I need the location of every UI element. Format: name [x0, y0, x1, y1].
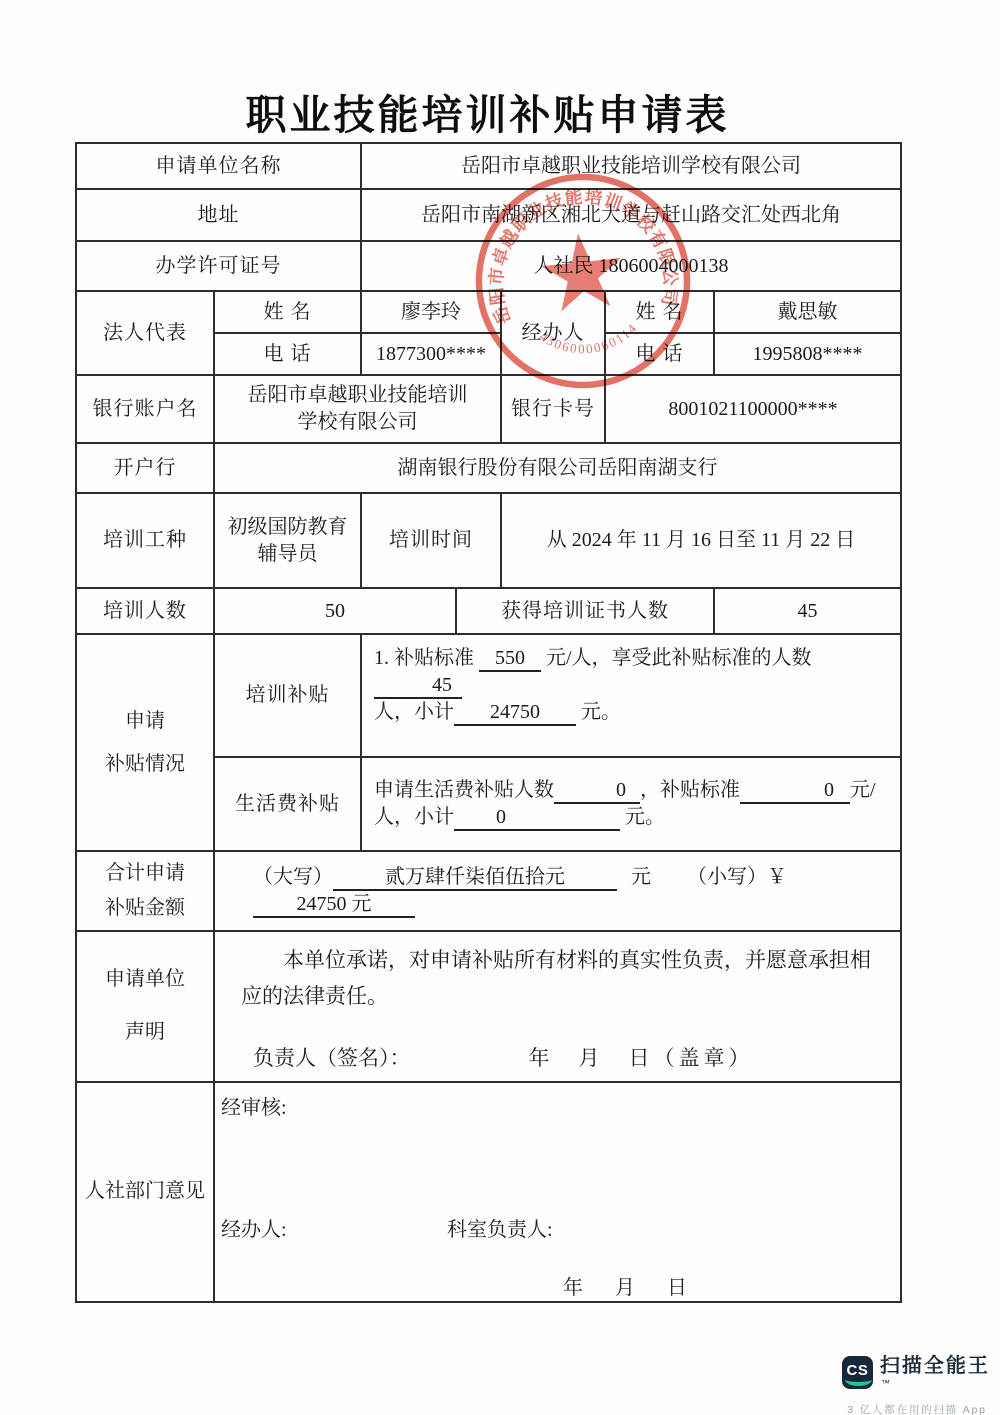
page-title: 职业技能培训补贴申请表: [75, 82, 900, 141]
row-unit-name: 申请单位名称 岳阳市卓越职业技能培训学校有限公司: [76, 143, 901, 189]
subsidy-label-line1: 申请: [125, 708, 165, 735]
total-daxie-label: （大写）: [253, 866, 333, 888]
declaration-text: 本单位承诺，对申请补贴所有材料的真实性负责，并愿意承担相应的法律责任。: [241, 942, 878, 1014]
declaration-sign-row: 负责人（签名）：年 月 日（盖章）: [241, 1044, 878, 1072]
scanner-watermark-row: CS 扫描全能王™: [842, 1349, 992, 1396]
total-daxie-value: 贰万肆仟柒佰伍拾元: [333, 866, 617, 891]
row-bank-branch: 开户行 湖南银行股份有限公司岳阳南湖支行: [76, 443, 901, 493]
bank-card-value: 8001021100000****: [605, 375, 901, 443]
handler-phone-label: 电 话: [605, 333, 714, 375]
row-total-subsidy: 合计申请 补贴金额 （大写）贰万肆仟柒佰伍拾元元（小写）￥24750 元: [76, 851, 901, 931]
row-declaration: 申请单位 声明 本单位承诺，对申请补贴所有材料的真实性负责，并愿意承担相应的法律…: [76, 931, 901, 1082]
total-xiaoxie-label: （小写）￥: [687, 866, 787, 888]
scanner-app-name: 扫描全能王: [880, 1355, 990, 1377]
license-label: 办学许可证号: [76, 241, 361, 291]
ts-text-4: 元。: [581, 701, 621, 723]
dept-date: 年 月 日: [563, 1275, 693, 1302]
ts-text-1: 1. 补贴标准: [374, 647, 474, 669]
total-amount-detail: （大写）贰万肆仟柒佰伍拾元元（小写）￥24750 元: [214, 851, 901, 931]
training-subsidy-label: 培训补贴: [214, 634, 361, 757]
dept-review-label: 经审核:: [221, 1095, 287, 1122]
dept-handler-label: 经办人:: [221, 1217, 287, 1244]
address-value: 岳阳市南湖新区湘北大道与赶山路交汇处西北角: [361, 189, 901, 241]
trademark-symbol: ™: [881, 1378, 890, 1388]
ts-standard-value: 550: [479, 647, 541, 672]
row-legal-rep-name: 法人代表 姓 名 廖李玲 经办人 姓 名 戴思敏: [76, 291, 901, 333]
handler-name-label: 姓 名: [605, 291, 714, 333]
camscanner-logo-icon: CS: [842, 1356, 873, 1389]
handler-name-value: 戴思敏: [714, 291, 901, 333]
ts-count-value: 45: [374, 674, 462, 699]
total-label-line1: 合计申请: [105, 860, 185, 887]
declaration-label-line2: 声明: [125, 1019, 165, 1046]
ts-text-2: 元/人，享受此补贴标准的人数: [546, 647, 812, 669]
dept-content: 经审核: 经办人: 科室负责人: 年 月 日: [214, 1082, 901, 1302]
ls-subtotal-value: 0: [454, 806, 620, 831]
unit-name-label: 申请单位名称: [76, 143, 361, 189]
bank-branch-label: 开户行: [76, 443, 214, 493]
application-form-table: 申请单位名称 岳阳市卓越职业技能培训学校有限公司 地址 岳阳市南湖新区湘北大道与…: [75, 142, 902, 1303]
training-time-label: 培训时间: [361, 493, 501, 588]
scanner-app-name-wrap: 扫描全能王™: [880, 1349, 992, 1396]
unit-name-value: 岳阳市卓越职业技能培训学校有限公司: [361, 143, 901, 189]
living-subsidy-label: 生活费补贴: [214, 757, 361, 851]
handler-phone-value: 1995808****: [714, 333, 901, 375]
ls-text-4: 人，小计: [374, 806, 454, 828]
ls-text-2: ，补贴标准: [640, 779, 740, 801]
handler-label: 经办人: [501, 291, 605, 375]
trainee-count-value: 50: [214, 588, 456, 634]
legal-name-label: 姓 名: [214, 291, 361, 333]
subsidy-label-line2: 补贴情况: [105, 751, 185, 778]
bank-branch-value: 湖南银行股份有限公司岳阳南湖支行: [214, 443, 901, 493]
ls-standard-value: 0: [740, 779, 850, 804]
row-trainee-count: 培训人数 50 获得培训证书人数 45: [76, 588, 901, 634]
legal-phone-label: 电 话: [214, 333, 361, 375]
legal-phone-value: 1877300****: [361, 333, 501, 375]
bank-account-label: 银行账户名: [76, 375, 214, 443]
legal-name-value: 廖李玲: [361, 291, 501, 333]
dept-label: 人社部门意见: [76, 1082, 214, 1302]
row-license: 办学许可证号 人社民 1806004000138: [76, 241, 901, 291]
license-value: 人社民 1806004000138: [361, 241, 901, 291]
trainee-count-label: 培训人数: [76, 588, 214, 634]
ls-text-5: 元。: [625, 806, 665, 828]
ls-text-3: 元/: [850, 779, 876, 801]
ls-count-value: 0: [554, 779, 640, 804]
row-address: 地址 岳阳市南湖新区湘北大道与赶山路交汇处西北角: [76, 189, 901, 241]
training-type-value: 初级国防教育辅导员: [214, 493, 361, 588]
row-training-subsidy: 申请 补贴情况 培训补贴 1. 补贴标准 550 元/人，享受此补贴标准的人数4…: [76, 634, 901, 757]
scanner-watermark: CS 扫描全能王™ 3 亿人都在用的扫描 App: [842, 1349, 992, 1415]
training-time-value: 从 2024 年 11 月 16 日至 11 月 22 日: [501, 493, 901, 588]
ts-text-3: 人，小计: [374, 701, 454, 723]
declaration-label-line1: 申请单位: [105, 966, 185, 993]
row-training-type: 培训工种 初级国防教育辅导员 培训时间 从 2024 年 11 月 16 日至 …: [76, 493, 901, 588]
scanner-tagline: 3 亿人都在用的扫描 App: [847, 1402, 987, 1415]
training-subsidy-detail: 1. 补贴标准 550 元/人，享受此补贴标准的人数45 人，小计24750 元…: [361, 634, 901, 757]
legal-rep-label: 法人代表: [76, 291, 214, 375]
cert-count-label: 获得培训证书人数: [456, 588, 714, 634]
bank-card-label: 银行卡号: [501, 375, 605, 443]
subsidy-section-label: 申请 补贴情况: [76, 634, 214, 851]
bank-account-value: 岳阳市卓越职业技能培训学校有限公司: [214, 375, 501, 443]
declaration-date: 年 月 日（盖章）: [529, 1046, 754, 1070]
row-dept-opinion: 人社部门意见 经审核: 经办人: 科室负责人: 年 月 日: [76, 1082, 901, 1302]
ls-text-1: 申请生活费补贴人数: [374, 779, 554, 801]
address-label: 地址: [76, 189, 361, 241]
declaration-label: 申请单位 声明: [76, 931, 214, 1082]
ts-subtotal-value: 24750: [454, 701, 576, 726]
camscanner-logo-swoosh: [845, 1373, 872, 1386]
row-bank-account: 银行账户名 岳阳市卓越职业技能培训学校有限公司 银行卡号 80010211000…: [76, 375, 901, 443]
total-unit: 元: [631, 866, 651, 888]
scanned-form-page: 职业技能培训补贴申请表 申请单位名称 岳阳市卓越职业技能培训学校有限公司 地址 …: [0, 0, 1000, 1415]
total-label-line2: 补贴金额: [105, 895, 185, 922]
training-type-label: 培训工种: [76, 493, 214, 588]
declaration-sign-label: 负责人（签名）：: [253, 1046, 411, 1070]
declaration-content: 本单位承诺，对申请补贴所有材料的真实性负责，并愿意承担相应的法律责任。 负责人（…: [214, 931, 901, 1082]
living-subsidy-detail: 申请生活费补贴人数0，补贴标准0元/ 人，小计0 元。: [361, 757, 901, 851]
total-label: 合计申请 补贴金额: [76, 851, 214, 931]
dept-chief-label: 科室负责人:: [447, 1217, 553, 1244]
cert-count-value: 45: [714, 588, 901, 634]
total-xiaoxie-value: 24750 元: [253, 893, 415, 918]
